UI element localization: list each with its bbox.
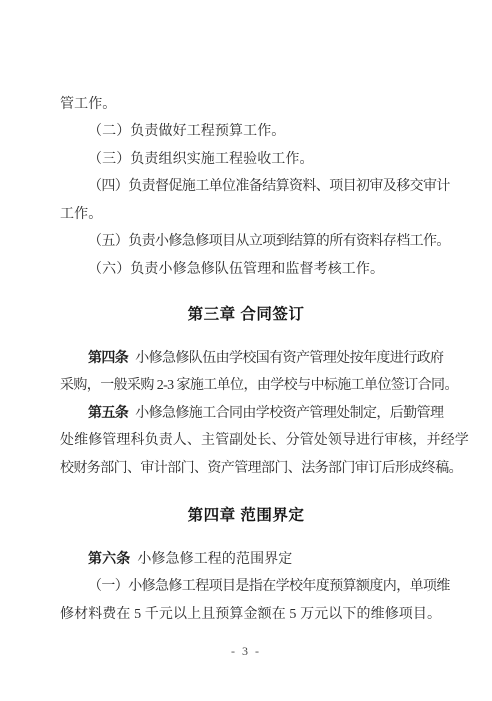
chapter-heading: 第四章 范围界定: [0, 503, 492, 525]
body-line-text: 小修急修队伍由学校国有资产管理处按年度进行政府: [135, 351, 443, 366]
body-line: （一）小修急修工程项目是指在学校年度预算额度内，单项维: [88, 579, 450, 595]
page-number: - 3 -: [0, 644, 492, 659]
body-line-text: 小修急修工程的范围界定: [137, 552, 292, 567]
article-number: 第六条: [88, 552, 130, 567]
body-line: （六）负责小修急修队伍管理和监督考核工作。: [88, 262, 384, 278]
body-line: （三）负责组织实施工程验收工作。: [88, 152, 314, 168]
chapter-heading: 第三章 合同签订: [0, 302, 492, 324]
body-line: 修材料费在 5 千元以上且预算金额在 5 万元以下的维修项目。: [60, 607, 441, 623]
body-line: （五）负责小修急修项目从立项到结算的所有资料存档工作。: [88, 234, 450, 250]
body-line: 校财务部门、审计部门、资产管理部门、法务部门审订后形成终稿。: [60, 461, 462, 477]
body-line: 第五条小修急修施工合同由学校资产管理处制定，后勤管理: [88, 406, 443, 422]
document-page: 管工作。 （二）负责做好工程预算工作。 （三）负责组织实施工程验收工作。 （四）…: [0, 0, 492, 701]
article-number: 第四条: [88, 351, 128, 366]
body-line: （二）负责做好工程预算工作。: [88, 124, 285, 140]
body-line: （四）负责督促施工单位准备结算资料、项目初审及移交审计: [88, 179, 450, 195]
body-line: 工作。: [60, 207, 102, 223]
body-line: 管工作。: [60, 97, 116, 113]
body-line-text: 小修急修施工合同由学校资产管理处制定，后勤管理: [135, 406, 443, 421]
body-line: 采购，一般采购 2-3 家施工单位，由学校与中标施工单位签订合同。: [60, 378, 458, 394]
body-line: 第四条小修急修队伍由学校国有资产管理处按年度进行政府: [88, 351, 443, 367]
body-line: 处维修管理科负责人、主管副处长、分管处领导进行审核，并经学: [60, 433, 469, 449]
article-number: 第五条: [88, 406, 128, 421]
body-line: 第六条小修急修工程的范围界定: [88, 552, 292, 568]
